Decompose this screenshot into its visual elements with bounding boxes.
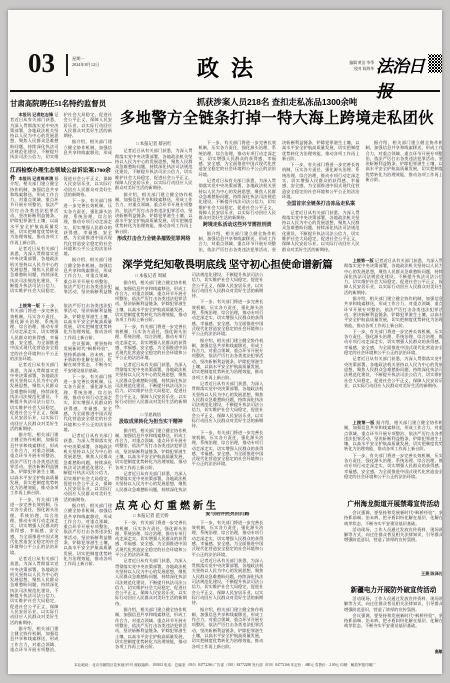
body-text: 会议强调，要坚持和发展新时代“枫桥经验”，坚持抓前端、治未病，把矛盾纠纷化解在基… (344, 510, 442, 526)
story-article-headline: 点亮心灯重燃新生 (115, 497, 219, 512)
body-text: 记者近日从有关部门获悉，为深入贯彻落实党中央决策部署，各地政法机关坚持以人民为中… (10, 556, 59, 625)
main-article-subhead-3: 全国首宗全链条打击冻品走私案 (282, 202, 360, 207)
body-text: 下一步，有关部门将进一步完善长效机制，压实各方责任，强化源头治理、系统治理、综合… (344, 453, 442, 479)
article-left1-body: 本报讯 记者赵志锋 记者近日从有关部门获悉，为深入贯彻落实党中央决策部署，各地政… (10, 112, 112, 160)
body-text: 据介绍，相关部门建立健全协作机制，加强信息共享和线索移送，形成工作合力，对重点领… (115, 428, 187, 470)
main-article-body: □ 本报记者 蔡岩红 记者近日从有关部门获悉，为深入贯彻落实党中央决策部署，各地… (115, 140, 442, 252)
article-left1-headline: 甘肃高院聘任51名特约监督员 (10, 98, 112, 109)
feature-article-byline: □ 本报记者 周斌 (115, 273, 187, 278)
body-text: 记者近日从有关部门获悉，为深入贯彻落实党中央决策部署，各地政法机关坚持以人民为中… (199, 178, 277, 220)
body-text: 记者近日从有关部门获悉，为深入贯彻落实党中央决策部署，各地政法机关坚持以人民为中… (192, 381, 264, 429)
masthead-title: 法治日报 (376, 52, 428, 102)
story-article-body: □ 本报记者 范天娇 下一步，有关部门将进一步完善长效机制，压实各方责任，强化源… (115, 512, 340, 653)
body-text: 据介绍，相关部门建立健全协作机制，加强信息共享和线索移送，形成工作合力，对重点领… (192, 607, 264, 649)
body-text: 下一步，有关部门将进一步完善长效机制，压实各方责任，强化源头治理、系统治理、综合… (64, 198, 113, 256)
main-article-subhead-1: 形成打击合力全链条摧毁犯罪网络 (115, 237, 193, 242)
feature-article-body: □ 本报记者 周斌 据介绍，相关部门建立健全协作机制，加强信息共享和线索移送，形… (115, 272, 340, 493)
right-continued-body-1: 上接第一版 记者近日从有关部门获悉，为深入贯彻落实党中央决策部署，各地政法机关坚… (344, 258, 442, 416)
body-text: 下一步，有关部门将进一步完善长效机制，压实各方责任，强化源头治理、系统治理、综合… (199, 140, 277, 177)
body-text: 据介绍，相关部门建立健全协作机制，加强信息共享和线索移送，形成工作合力，对重点领… (10, 432, 59, 496)
main-article-byline: □ 本报记者 蔡岩红 (115, 141, 193, 146)
right-continued-body-2: 上接第一版 据介绍，相关部门建立健全协作机制，加强信息共享和线索移送，形成工作合… (344, 420, 442, 494)
body-text: 下一步，有关部门将进一步完善长效机制，压实各方责任，强化源头治理、系统治理、综合… (282, 162, 360, 199)
feature-article-headline: 深学党纪知敬畏明底线 坚守初心担使命谱新篇 (115, 256, 340, 271)
body-text: 活动现场，工作人员通过发放宣传资料、现场讲解等方式，向过往群众普及相关法律知识，… (344, 596, 442, 612)
body-text: 记者近日从有关部门获悉，为深入贯彻落实党中央决策部署，各地政法机关坚持以人民为中… (115, 148, 193, 190)
article-separator-rule (10, 162, 112, 163)
main-article-subhead-2: 跨境走私活动这些环节需担刑责 (199, 223, 277, 228)
body-text: 下一步，有关部门将进一步完善长效机制，压实各方责任，强化源头治理、系统治理、综合… (64, 374, 113, 432)
main-article-headline: 多地警方全链条打掉一特大海上跨境走私团伙 (114, 106, 440, 128)
right-article-2-body: 活动现场，工作人员通过发放宣传资料、现场讲解等方式，向过往群众普及相关法律知识，… (344, 596, 442, 654)
right-article-1-byline: 王燕 陈泽礼 (416, 571, 442, 576)
right-article-2-headline: 新疆电力开展防外破宣传活动 (344, 584, 442, 594)
header-rule (10, 90, 440, 92)
left-continued-body: 上接第一版 下一步，有关部门将进一步完善长效机制，压实各方责任，强化源头治理、系… (10, 303, 112, 653)
feature-sub-kicker: □ 学思践悟 (115, 412, 187, 417)
body-text: 据介绍，相关部门建立健全协作机制，加强信息共享和线索移送，形成工作合力，对重点领… (115, 607, 187, 649)
body-text: 会议强调，要坚持和发展新时代“枫桥经验”，坚持抓前端、治未病，把矛盾纠纷化解在基… (344, 613, 442, 629)
body-text: 据介绍，相关部门建立健全协作机制，加强信息共享和线索移送，形成工作合力，对重点领… (366, 140, 443, 182)
body-text: 记者近日从有关部门获悉，为深入贯彻落实党中央决策部署，各地政法机关坚持以人民为中… (115, 558, 187, 606)
story-subhead: 爱与陪伴照亮回归路 (192, 512, 264, 517)
body-text: 活动现场，工作人员通过发放宣传资料、现场讲解等方式，向过往群众普及相关法律知识，… (344, 527, 442, 543)
body-text: 据介绍，相关部门建立健全协作机制，加强信息共享和线索移送，形成工作合力，对重点领… (115, 192, 193, 234)
story-article-byline: □ 本报记者 范天娇 (115, 513, 187, 518)
feature-subhead: 汲取成果转化为担当实干精神 (115, 420, 187, 425)
article-left2-body: 本报讯 记者周孝清 据介绍，相关部门建立健全协作机制，加强信息共享和线索移送，形… (10, 176, 112, 298)
body-text: 下一步，有关部门将进一步完善长效机制，压实各方责任，强化源头治理、系统治理、综合… (192, 520, 264, 557)
body-text: 记者近日从有关部门获悉，为深入贯彻落实党中央决策部署，各地政法机关坚持以人民为中… (192, 558, 264, 606)
body-text: 据介绍，相关部门建立健全协作机制，加强信息共享和线索移送，形成工作合力，对重点领… (10, 176, 59, 245)
imprint-footer: 本社地址：北京市朝阳区花家地甲1号 邮政编码：100102 电话：总编室（010… (10, 663, 440, 668)
right-article-1-headline: 广州海龙街道开展禁毒宣传活动 (344, 498, 442, 508)
body-text: 据介绍，相关部门建立健全协作机制，加强信息共享和线索移送，形成工作合力，对重点领… (344, 296, 442, 328)
newspaper-page: 03 星期一 2024年8月12日 政法 编辑 黄洁 李季 校对 陈海华 法治日… (8, 10, 442, 674)
body-text: 下一步，有关部门将进一步完善长效机制，压实各方责任，强化源头治理、系统治理、综合… (10, 303, 59, 361)
body-text: 下一步，有关部门将进一步完善长效机制，压实各方责任，强化源头治理、系统治理、综合… (115, 324, 187, 361)
body-text: 下一步，有关部门将进一步完善长效机制，压实各方责任，强化源头治理、系统治理、综合… (192, 299, 264, 336)
body-text: 据介绍，相关部门建立健全协作机制，加强信息共享和线索移送，形成工作合力，对重点领… (192, 338, 264, 380)
right-article-1-body: 会议强调，要坚持和发展新时代“枫桥经验”，坚持抓前端、治未病，把矛盾纠纷化解在基… (344, 510, 442, 576)
staff-block: 编辑 黄洁 李季 校对 陈海华 (318, 61, 374, 72)
body-text: 记者近日从有关部门获悉，为深入贯彻落实党中央决策部署，各地政法机关坚持以人民为中… (282, 210, 360, 252)
body-text: 记者近日从有关部门获悉，为深入贯彻落实党中央决策部署，各地政法机关坚持以人民为中… (64, 433, 113, 502)
body-text: 下一步，有关部门将进一步完善长效机制，压实各方责任，强化源头治理、系统治理、综合… (10, 497, 59, 555)
body-text: 据介绍，相关部门建立健全协作机制，加强信息共享和线索移送，形成工作合力，对重点领… (115, 280, 187, 322)
body-text: 会议强调，要坚持和发展新时代“枫桥经验”，坚持抓前端、治未病，把矛盾纠纷化解在基… (64, 341, 113, 373)
body-text: 记者近日从有关部门获悉，为深入贯彻落实党中央决策部署，各地政法机关坚持以人民为中… (115, 362, 187, 410)
right-article-2-byline: 高敏 (430, 649, 442, 654)
body-text: 记者近日从有关部门获悉，为深入贯彻落实党中央决策部署，各地政法机关坚持以人民为中… (344, 258, 442, 295)
body-text: 下一步，有关部门将进一步完善长效机制，压实各方责任，强化源头治理、系统治理、综合… (192, 430, 264, 467)
proofreader-line: 校对 陈海华 (318, 67, 374, 73)
body-text: 下一步，有关部门将进一步完善长效机制，压实各方责任，强化源头治理、系统治理、综合… (344, 329, 442, 355)
body-text: 据介绍，相关部门建立健全协作机制，加强信息共享和线索移送，形成工作合力，对重点领… (64, 503, 113, 567)
body-text: 记者近日从有关部门获悉，为深入贯彻落实党中央决策部署，各地政法机关坚持以人民为中… (10, 362, 59, 431)
body-text: 下一步，有关部门将进一步完善长效机制，压实各方责任，强化源头治理、系统治理、综合… (115, 520, 187, 557)
body-text: 据介绍，相关部门建立健全协作机制，加强信息共享和线索移送，形成工作合力，对重点领… (344, 420, 442, 451)
qr-code-icon (428, 54, 442, 73)
body-text: 记者近日从有关部门获悉，为深入贯彻落实党中央决策部署，各地政法机关坚持以人民为中… (344, 356, 442, 388)
